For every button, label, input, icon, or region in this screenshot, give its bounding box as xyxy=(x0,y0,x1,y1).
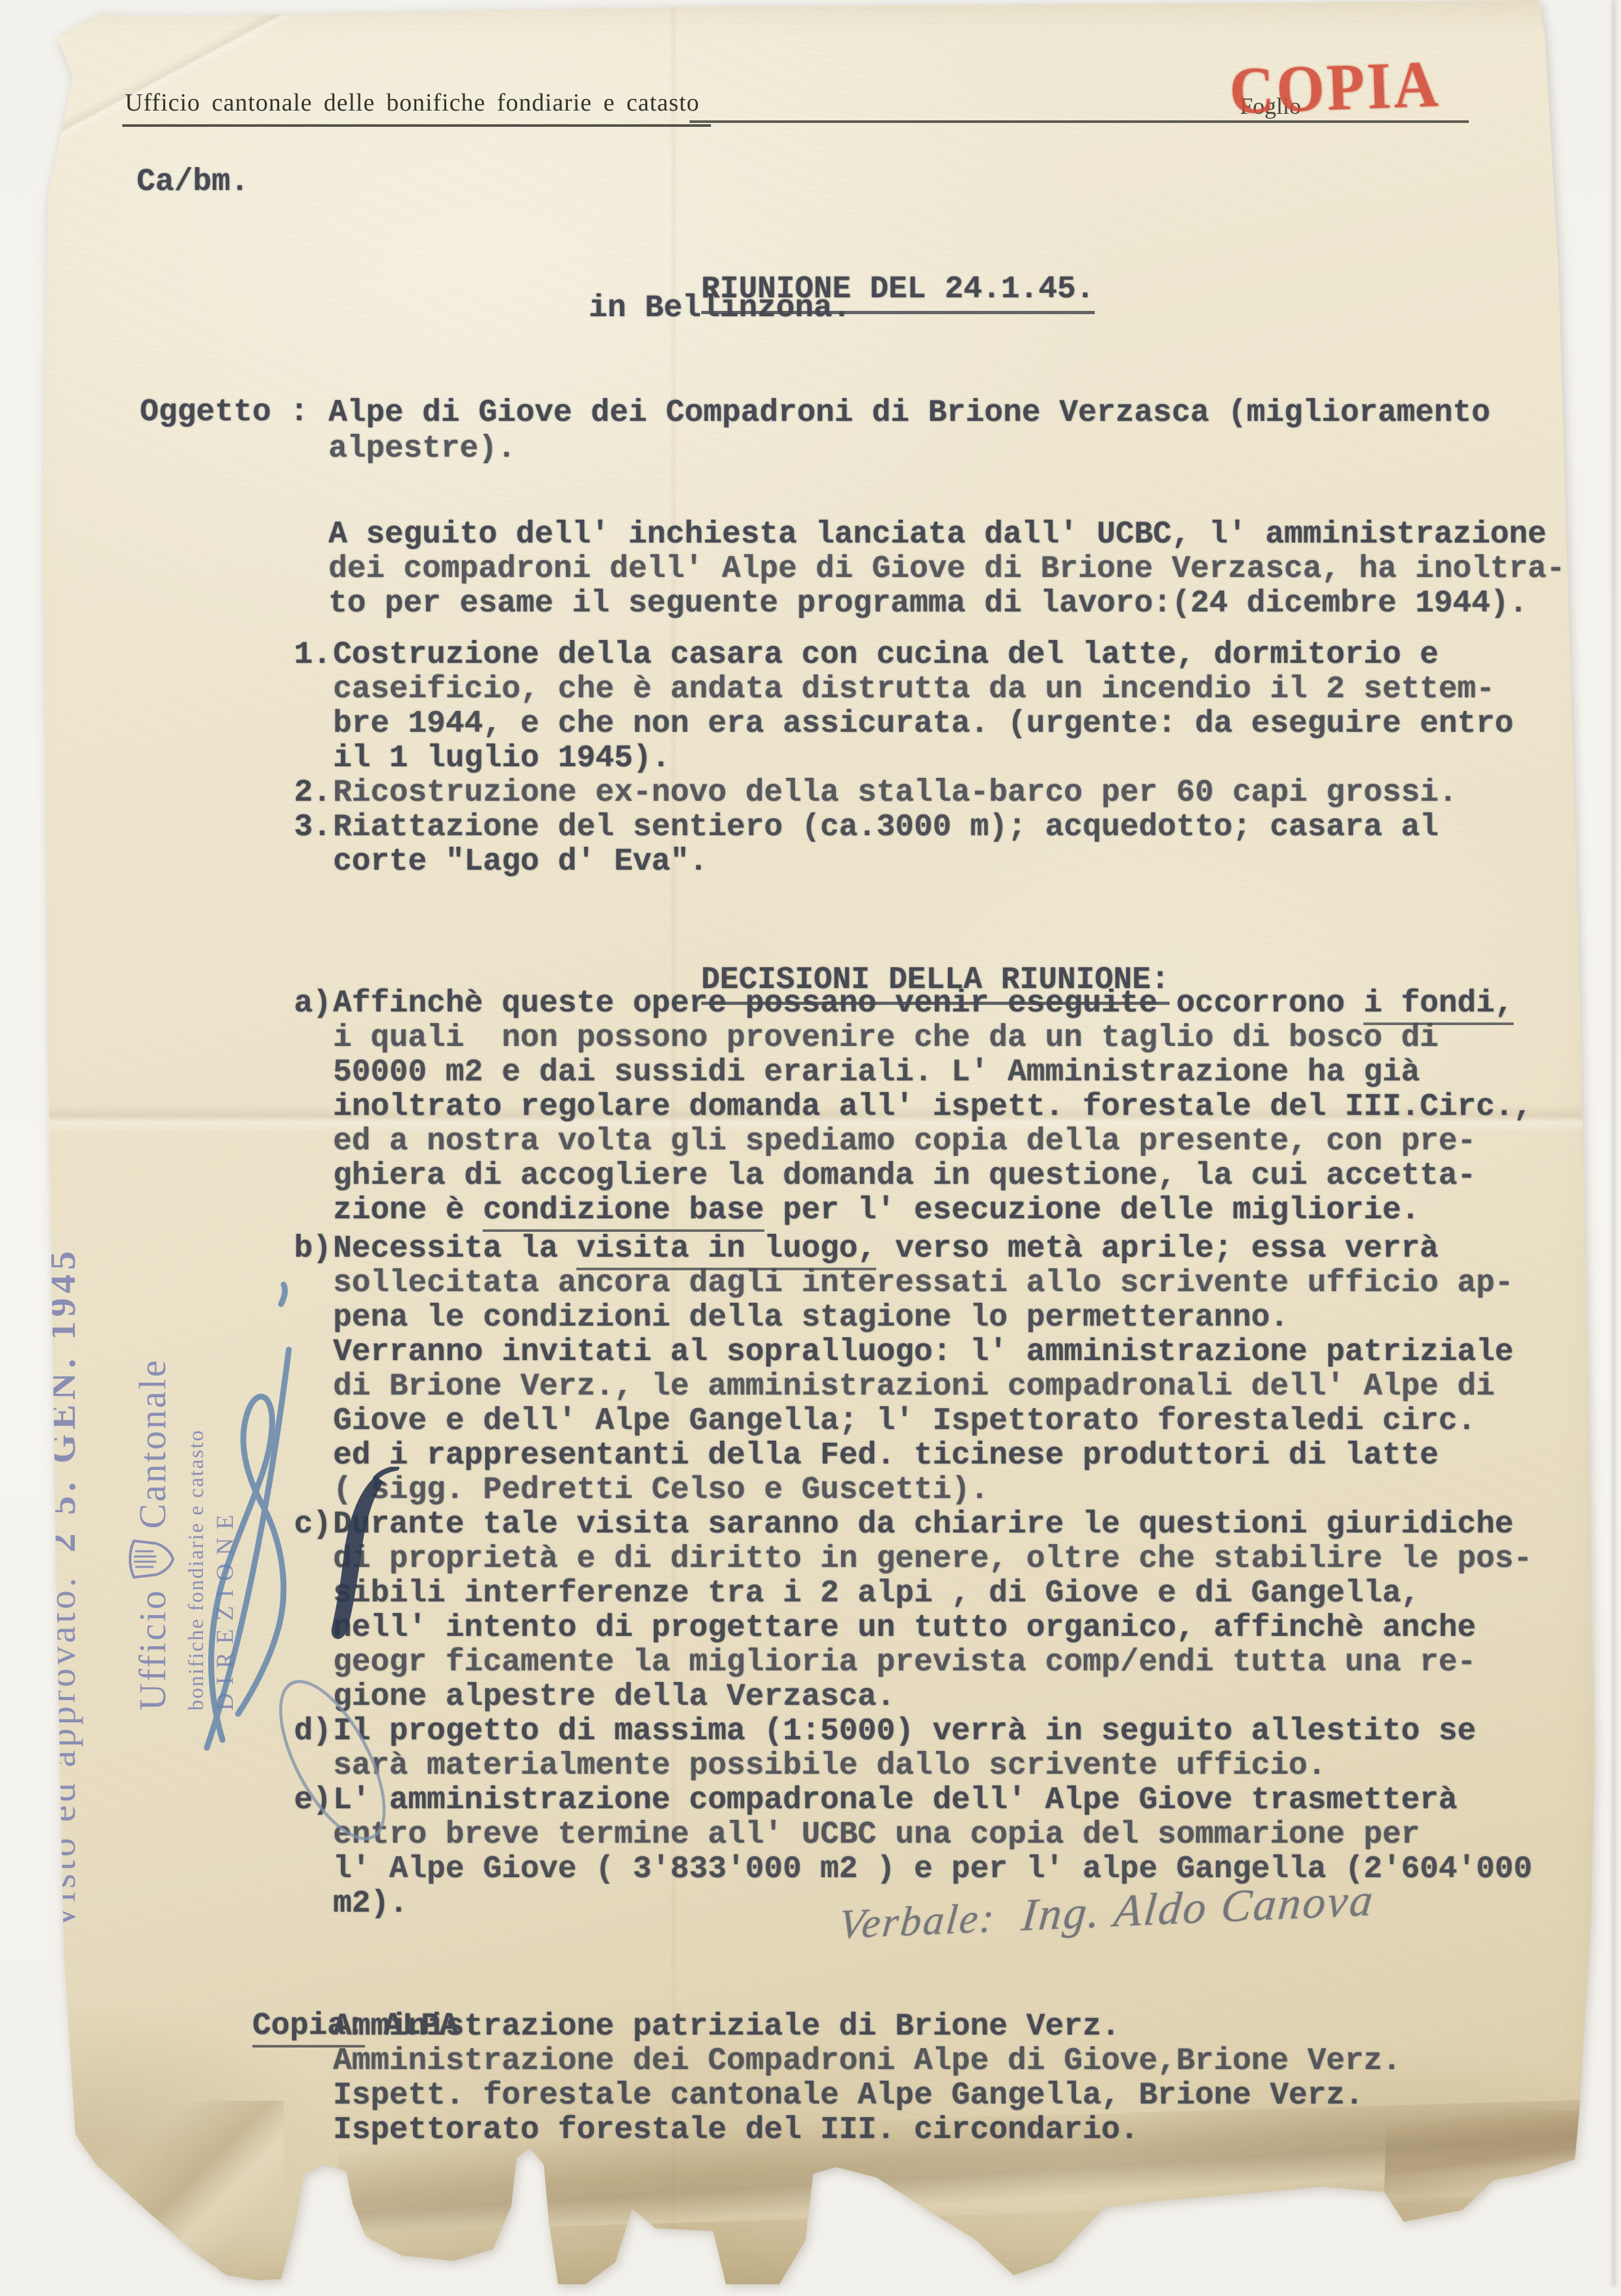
visto-text: Visto ed approvato. xyxy=(41,1575,83,1930)
decision-item-b: Necessita la visita in luogo, verso metà… xyxy=(333,1232,1514,1508)
stamp-office-word2: Cantonale xyxy=(131,1358,174,1528)
letterhead-office-line: Ufficio cantonale delle bonifiche fondia… xyxy=(125,88,700,117)
bottom-right-fold xyxy=(1384,2103,1596,2202)
decision-item-d: Il progetto di massima (1:5000) verrà in… xyxy=(333,1715,1476,1783)
distribution-list: Amministrazione patriziale di Brione Ver… xyxy=(333,2010,1401,2148)
copia-red-stamp: COPIA xyxy=(1228,46,1441,129)
document-title: RIUNIONE DEL 24.1.45. xyxy=(589,238,1095,341)
subject-text: Alpe di Giove dei Compadroni di Brione V… xyxy=(328,395,1490,467)
visto-approvato-stamp: Visto ed approvato.2 5. GEN. 1945 xyxy=(40,1246,84,1930)
date-stamp: 2 5. GEN. 1945 xyxy=(41,1246,83,1552)
ink-mark-item-c xyxy=(311,1467,409,1662)
scanned-document: Ufficio cantonale delle bonifiche fondia… xyxy=(0,0,1621,2286)
document-subtitle: in Bellinzona. xyxy=(589,291,851,326)
subject-label: Oggetto : xyxy=(140,395,308,430)
program-list: Costruzione della casara con cucina del … xyxy=(333,638,1514,879)
letterhead-rule-left xyxy=(122,124,711,127)
paper-sheet: Ufficio cantonale delle bonifiche fondia… xyxy=(0,0,1621,2286)
reference-code: Ca/bm. xyxy=(137,165,249,200)
decision-item-c: Durante tale visita saranno da chiarire … xyxy=(333,1508,1533,1715)
handwritten-label: Verbale: xyxy=(837,1894,998,1947)
decision-item-a: Affinchè queste opere possano venir eseg… xyxy=(333,987,1533,1228)
shield-icon xyxy=(127,1538,183,1580)
bottom-left-fold xyxy=(62,2101,284,2286)
stamp-office-word1: Ufficio xyxy=(131,1589,174,1711)
intro-paragraph: A seguito dell' inchiesta lanciata dall'… xyxy=(328,518,1565,621)
